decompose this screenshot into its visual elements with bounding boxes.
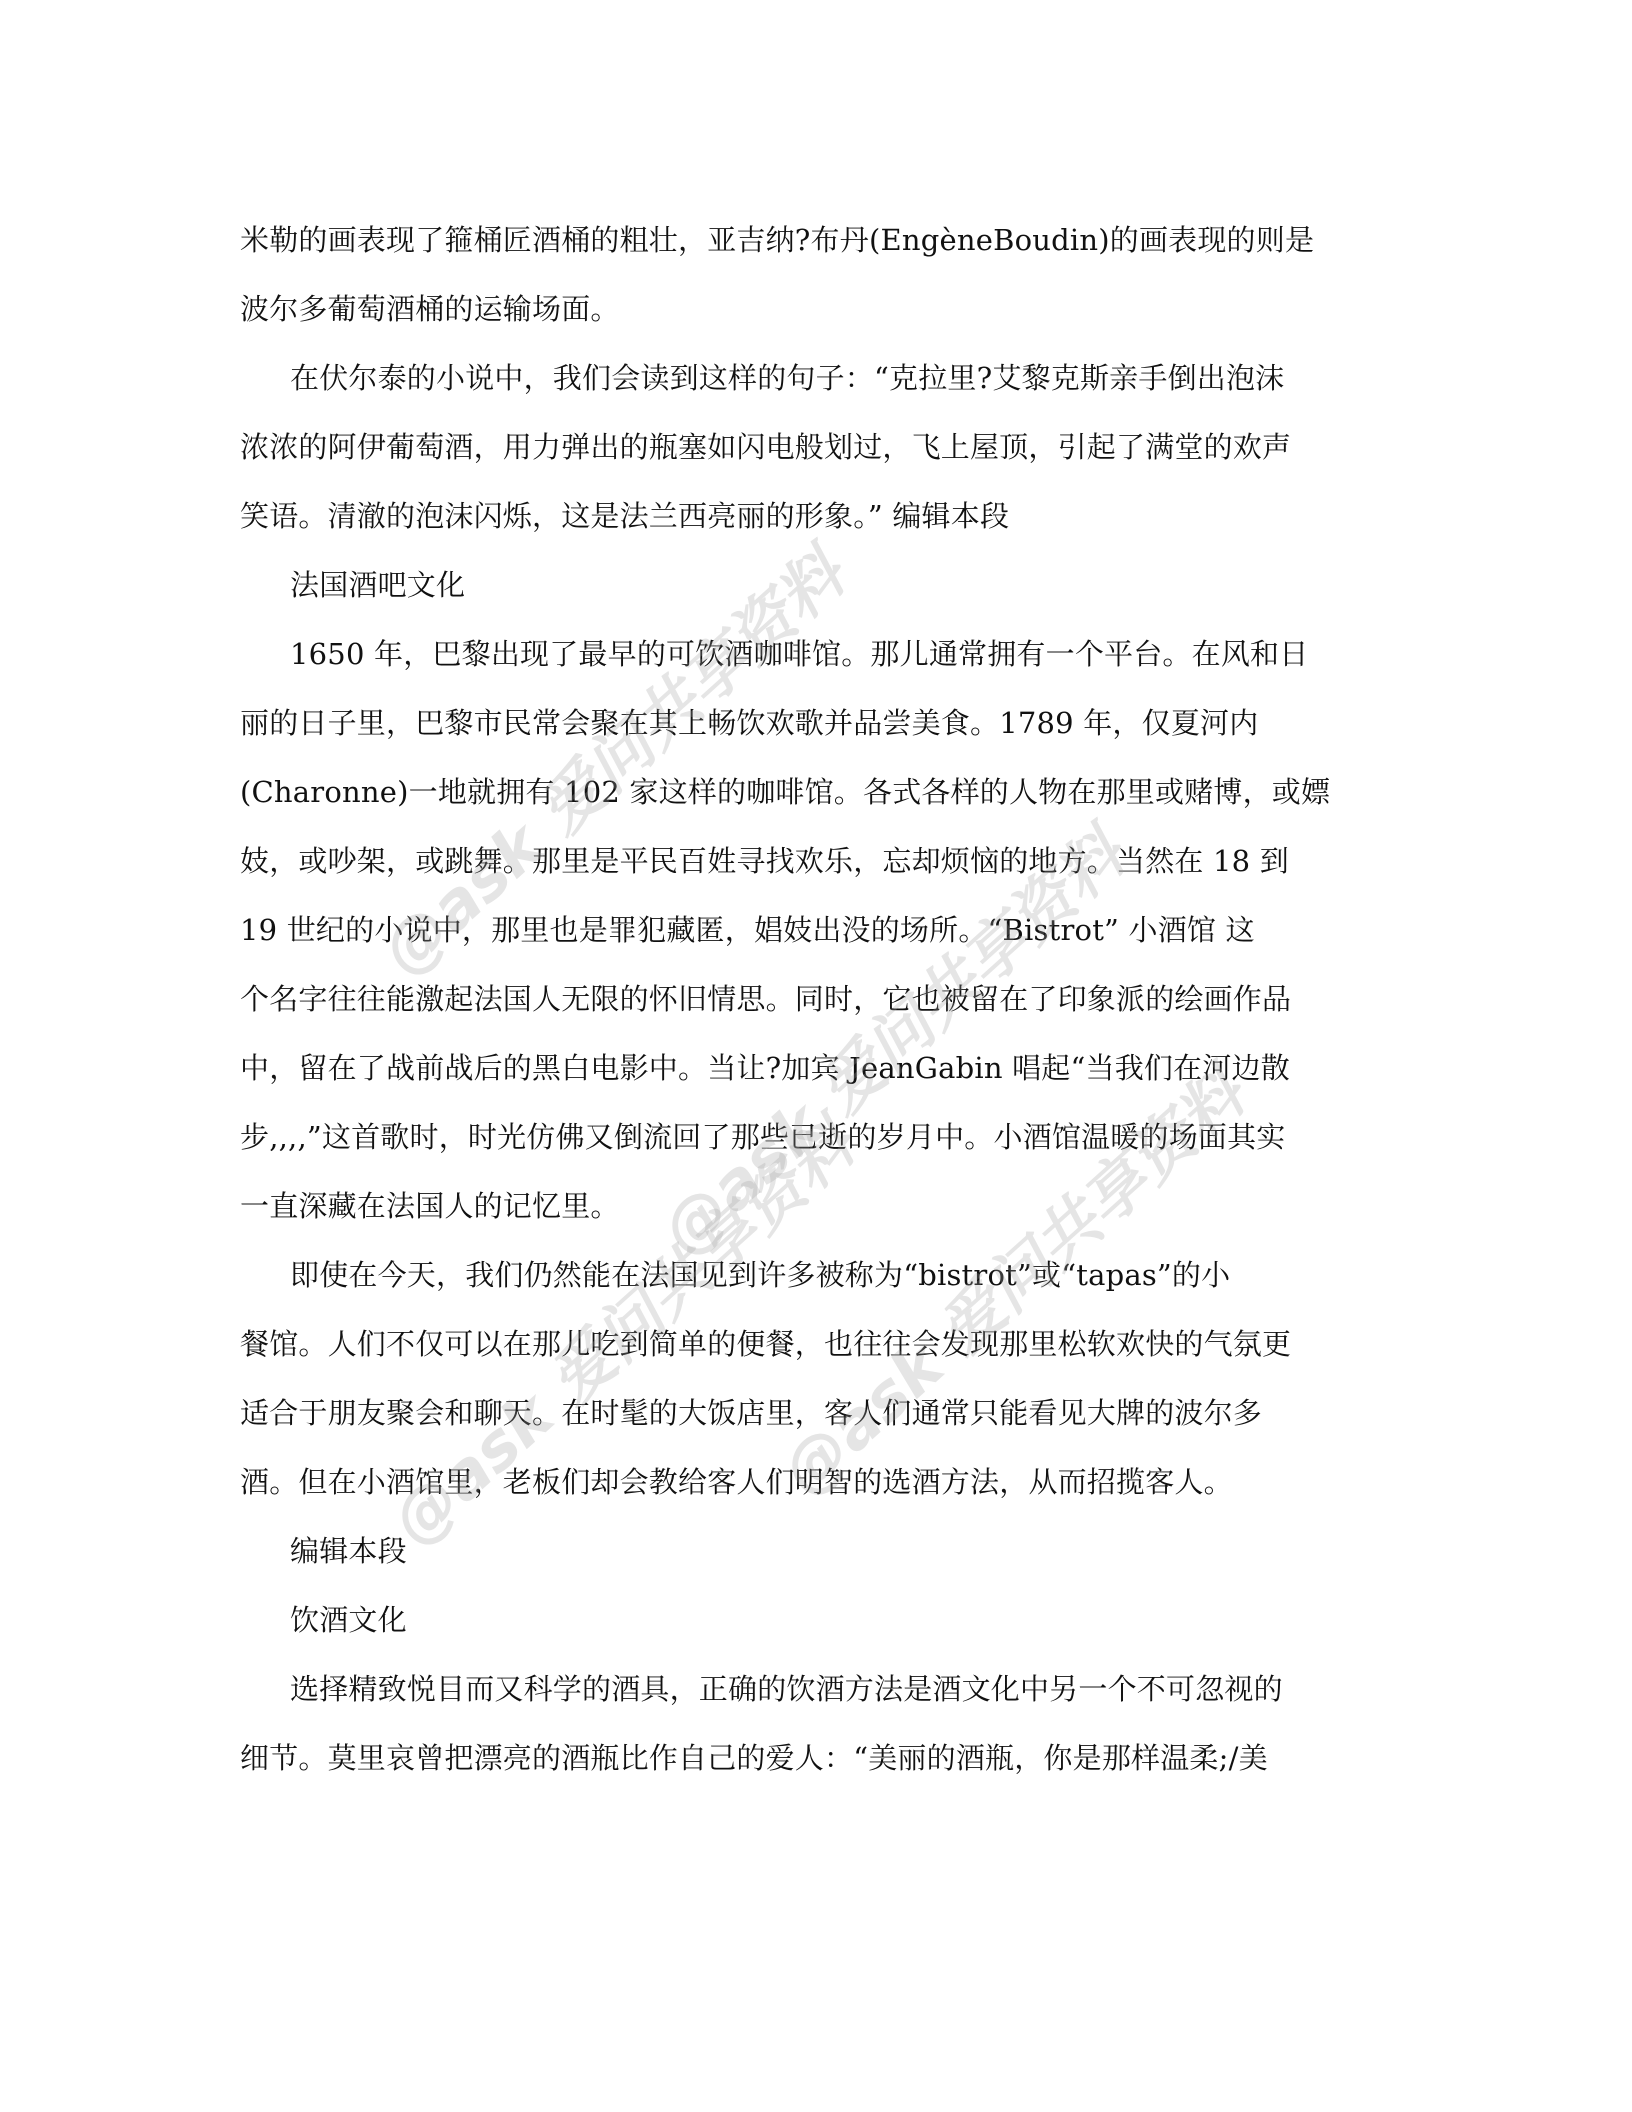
section-heading: 饮酒文化 (290, 1602, 407, 1638)
text-line: 适合于朋友聚会和聊天。在时髦的大饭店里，客人们通常只能看见大牌的波尔多 (240, 1395, 1262, 1431)
text-line: 中，留在了战前战后的黑白电影中。当让?加宾 JeanGabin 唱起“当我们在河… (240, 1050, 1290, 1086)
text-line: (Charonne)一地就拥有 102 家这样的咖啡馆。各式各样的人物在那里或赌… (240, 774, 1330, 810)
paragraph-start: 即使在今天，我们仍然能在法国见到许多被称为“bistrot”或“tapas”的小 (290, 1257, 1230, 1293)
text-line: 浓浓的阿伊葡萄酒，用力弹出的瓶塞如闪电般划过，飞上屋顶，引起了满堂的欢声 (240, 429, 1291, 465)
paragraph-start: 在伏尔泰的小说中，我们会读到这样的句子：“克拉里?艾黎克斯亲手倒出泡沫 (290, 360, 1284, 396)
text-line: 个名字往往能激起法国人无限的怀旧情思。同时，它也被留在了印象派的绘画作品 (240, 981, 1291, 1017)
text-line: 19 世纪的小说中，那里也是罪犯藏匿，娼妓出没的场所。“Bistrot” 小酒馆… (240, 912, 1255, 948)
text-line: 细节。莫里哀曾把漂亮的酒瓶比作自己的爱人：“美丽的酒瓶，你是那样温柔;/美 (240, 1740, 1268, 1776)
text-line: 笑语。清澈的泡沫闪烁，这是法兰西亮丽的形象。” 编辑本段 (240, 498, 1009, 534)
edit-section-label: 编辑本段 (290, 1533, 407, 1569)
text-line: 一直深藏在法国人的记忆里。 (240, 1188, 620, 1224)
paragraph-start: 1650 年，巴黎出现了最早的可饮酒咖啡馆。那儿通常拥有一个平台。在风和日 (290, 636, 1308, 672)
text-line: 餐馆。人们不仅可以在那儿吃到简单的便餐，也往往会发现那里松软欢快的气氛更 (240, 1326, 1291, 1362)
text-line: 波尔多葡萄酒桶的运输场面。 (240, 291, 620, 327)
text-line: 妓，或吵架，或跳舞。那里是平民百姓寻找欢乐，忘却烦恼的地方。当然在 18 到 (240, 843, 1289, 879)
paragraph-start: 选择精致悦目而又科学的酒具，正确的饮酒方法是酒文化中另一个不可忽视的 (290, 1671, 1283, 1707)
text-line: 丽的日子里，巴黎市民常会聚在其上畅饮欢歌并品尝美食。1789 年，仅夏河内 (240, 705, 1258, 741)
section-heading: 法国酒吧文化 (290, 567, 465, 603)
document-page: 米勒的画表现了箍桶匠酒桶的粗壮，亚吉纳?布丹(EngèneBoudin)的画表现… (0, 0, 1632, 2112)
text-line: 酒。但在小酒馆里，老板们却会教给客人们明智的选酒方法，从而招揽客人。 (240, 1464, 1233, 1500)
text-line: 米勒的画表现了箍桶匠酒桶的粗壮，亚吉纳?布丹(EngèneBoudin)的画表现… (240, 222, 1314, 258)
text-line: 步,,,,”这首歌时，时光仿佛又倒流回了那些已逝的岁月中。小酒馆温暖的场面其实 (240, 1119, 1286, 1155)
